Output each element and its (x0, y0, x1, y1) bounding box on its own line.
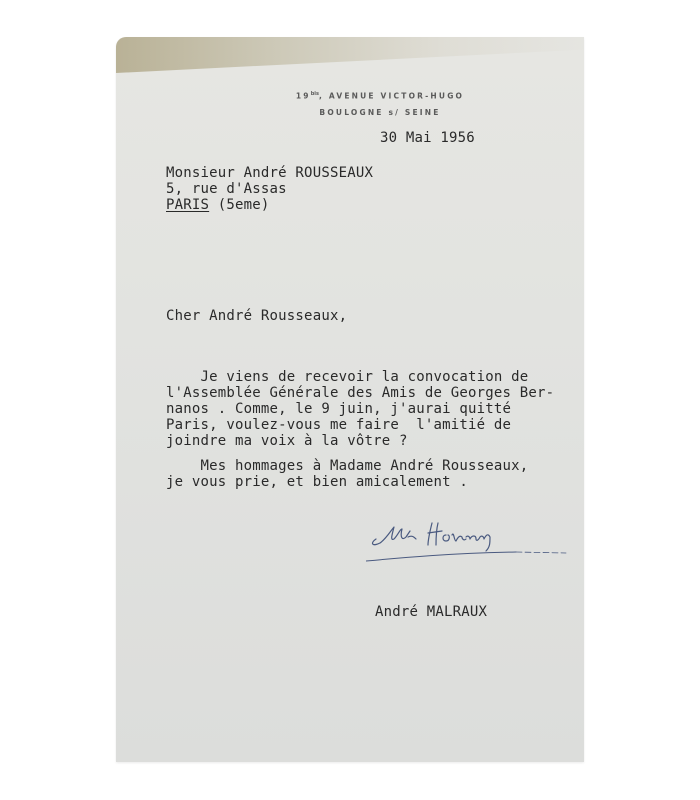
body-line: Paris, voulez-vous me faire l'amitié de (166, 417, 511, 433)
letterhead-city: BOULOGNE s/ SEINE (146, 108, 584, 117)
body-line: je vous prie, et bien amicalement . (166, 474, 468, 490)
body-paragraph-1: Je viens de recevoir la convocation de l… (166, 369, 554, 449)
letter-sheet: 19bis, AVENUE VICTOR-HUGO BOULOGNE s/ SE… (116, 37, 584, 762)
salutation: Cher André Rousseaux, (166, 308, 347, 324)
recipient-name: Monsieur André ROUSSEAUX (166, 165, 373, 181)
recipient-address: Monsieur André ROUSSEAUX 5, rue d'Assas … (166, 165, 373, 213)
body-line: nanos . Comme, le 9 juin, j'aurai quitté (166, 401, 511, 417)
body-paragraph-2: Mes hommages à Madame André Rousseaux, j… (166, 458, 528, 490)
recipient-street: 5, rue d'Assas (166, 181, 287, 197)
letterhead-number: 19 (296, 92, 311, 101)
handwritten-signature (366, 515, 584, 565)
paper-discoloration (116, 37, 584, 73)
body-line: Mes hommages à Madame André Rousseaux, (166, 458, 528, 474)
recipient-city: PARIS (166, 197, 209, 213)
letterhead-bis: bis (311, 91, 319, 97)
recipient-district: (5eme) (209, 197, 269, 213)
letter-date: 30 Mai 1956 (380, 130, 475, 146)
letterhead-street: , AVENUE VICTOR-HUGO (319, 92, 464, 101)
body-line: Je viens de recevoir la convocation de (166, 369, 528, 385)
body-line: l'Assemblée Générale des Amis de Georges… (166, 385, 554, 401)
typed-signature: André MALRAUX (375, 604, 487, 620)
letterhead-address: 19bis, AVENUE VICTOR-HUGO (146, 91, 584, 101)
body-line: joindre ma voix à la vôtre ? (166, 433, 408, 449)
